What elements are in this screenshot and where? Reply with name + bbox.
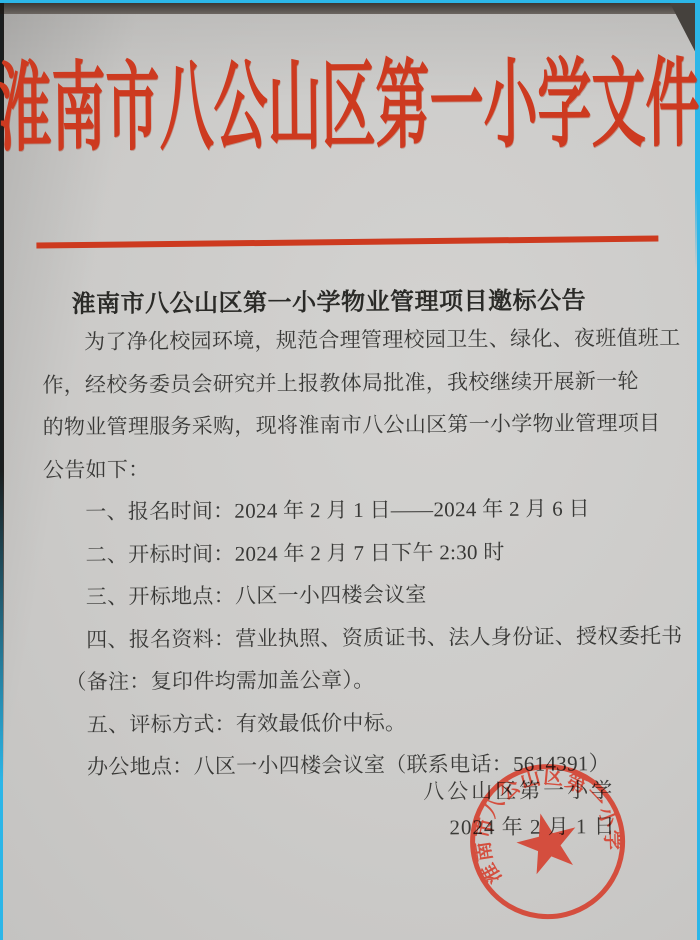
body-line: 的物业管理服务采购，现将淮南市八公山区第一小学物业管理项目 <box>43 402 659 449</box>
body-line: 为了净化校园环境，规范合理管理校园卫生、绿化、夜班值班工 <box>42 317 658 364</box>
letterhead-title: 淮南市八公山区第一小学文件 <box>0 2 698 212</box>
document-content: 淮南市八公山区第一小学文件 淮南市八公山区第一小学物业管理项目邀标公告 为了净化… <box>0 0 700 940</box>
notice-body: 为了净化校园环境，规范合理管理校园卫生、绿化、夜班值班工 作，经校务委员会研究并… <box>42 317 661 789</box>
star-icon <box>511 806 584 877</box>
body-line-signup-time: 一、报名时间：2024 年 2 月 1 日——2024 年 2 月 6 日 <box>43 487 659 534</box>
body-line-evaluation: 五、评标方式：有效最低价中标。 <box>45 699 661 746</box>
letterhead-red-rule <box>36 235 658 248</box>
body-line-note: （备注：复印件均需加盖公章）。 <box>44 657 660 704</box>
notice-title: 淮南市八公山区第一小学物业管理项目邀标公告 <box>39 280 619 319</box>
body-line-opening-time: 二、开标时间：2024 年 2 月 7 日下午 2:30 时 <box>43 529 659 576</box>
body-line: 作，经校务委员会研究并上报教体局批准，我校继续开展新一轮 <box>42 359 658 406</box>
body-line-opening-place: 三、开标地点：八区一小四楼会议室 <box>44 572 660 619</box>
body-line: 公告如下： <box>43 444 659 491</box>
document-photo: 淮南市八公山区第一小学文件 淮南市八公山区第一小学物业管理项目邀标公告 为了净化… <box>0 0 700 940</box>
body-line-materials: 四、报名资料：营业执照、资质证书、法人身份证、授权委托书 <box>44 614 660 661</box>
